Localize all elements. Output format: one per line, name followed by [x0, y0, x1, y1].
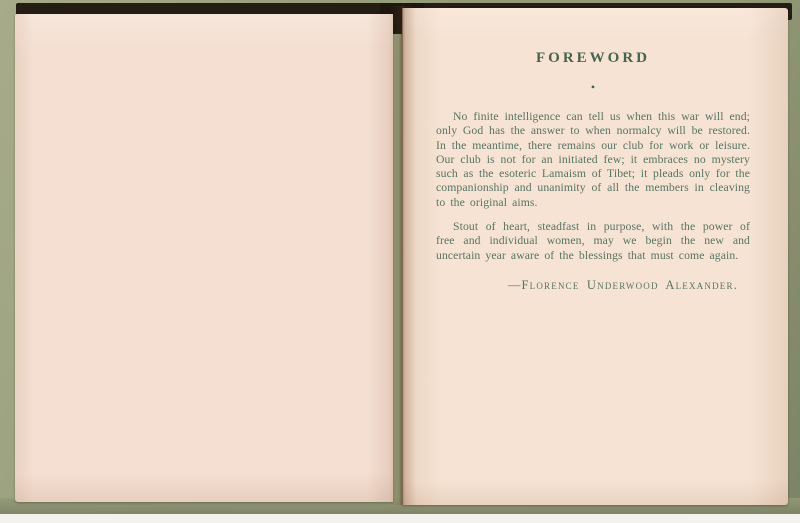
foreword-content: FOREWORD • No finite intelligence can te…	[436, 50, 750, 293]
book-scan: FOREWORD • No finite intelligence can te…	[0, 0, 800, 523]
author-signature: —Florence Underwood Alexander.	[436, 278, 738, 293]
foreword-paragraph-1: No finite intelligence can tell us when …	[436, 110, 750, 210]
left-page	[15, 14, 393, 502]
page-title: FOREWORD	[436, 50, 750, 67]
foreword-paragraph-2: Stout of heart, steadfast in purpose, wi…	[436, 220, 750, 263]
section-divider-dot: •	[436, 81, 750, 93]
right-page: FOREWORD • No finite intelligence can te…	[402, 8, 788, 505]
